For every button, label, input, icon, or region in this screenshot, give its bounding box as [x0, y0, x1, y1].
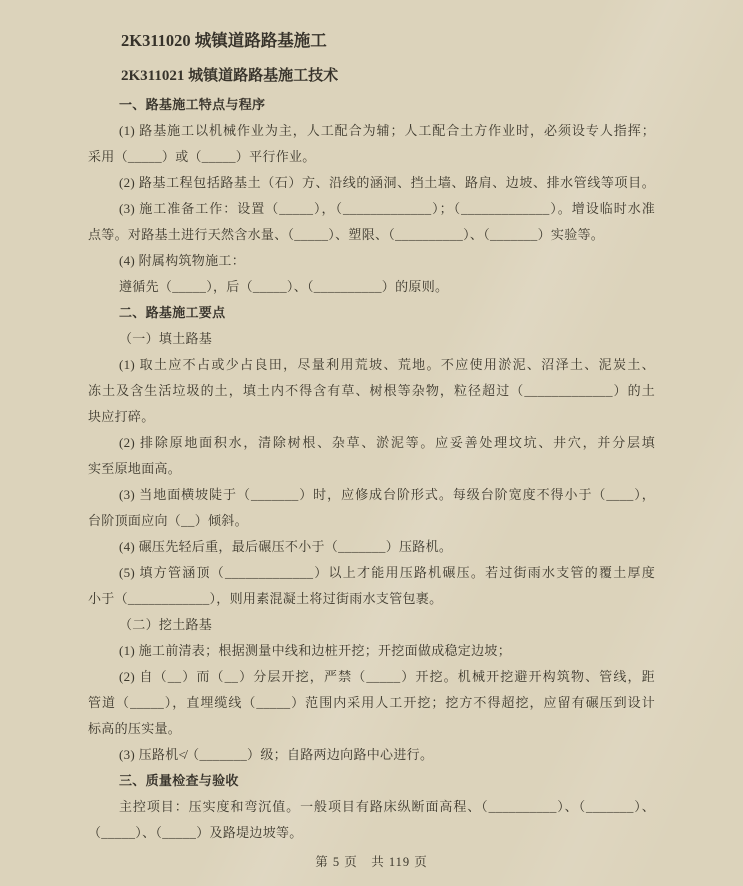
text-line: (2) 排除原地面积水，清除树根、杂草、淤泥等。应妥善处理坟坑、井穴，并分层填 [88, 430, 655, 456]
text-line: 实至原地面高。 [88, 456, 655, 482]
text-line: (3) 当地面横坡陡于（_______）时，应修成台阶形式。每级台阶宽度不得小于… [88, 482, 655, 508]
text-line: 小于（____________），则用素混凝土将过街雨水支管包裹。 [88, 586, 655, 612]
text-line: 主控项目：压实度和弯沉值。一般项目有路床纵断面高程、（__________）、（… [88, 794, 655, 820]
text-line: 台阶顶面应向（__）倾斜。 [88, 508, 655, 534]
doc-title: 2K311020 城镇道路路基施工 [88, 30, 655, 52]
text-line: (4) 碾压先轻后重，最后碾压不小于（_______）压路机。 [88, 534, 655, 560]
text-line: (2) 自（__）而（__）分层开挖，严禁（_____）开挖。机械开挖避开构筑物… [88, 664, 655, 690]
text-line: 管道（_____），直埋缆线（_____）范围内采用人工开挖；挖方不得超挖，应留… [88, 690, 655, 716]
text-line: 遵循先（_____），后（_____）、（__________）的原则。 [88, 274, 655, 300]
text-line: （_____）、（_____）及路堤边坡等。 [88, 820, 655, 846]
section-heading: 一、路基施工特点与程序 [88, 92, 655, 118]
document-lines: 一、路基施工特点与程序(1) 路基施工以机械作业为主，人工配合为辅；人工配合土方… [88, 92, 655, 846]
page-footer: 第 5 页 共 119 页 [0, 852, 743, 870]
text-line: (4) 附属构筑物施工： [88, 248, 655, 274]
section-heading: 二、路基施工要点 [88, 300, 655, 326]
text-line: (1) 取土应不占或少占良田，尽量利用荒坡、荒地。不应使用淤泥、沼泽土、泥炭土、 [88, 352, 655, 378]
text-line: (3) 施工准备工作：设置（_____），（_____________）；（__… [88, 196, 655, 222]
text-line: （二）挖土路基 [88, 612, 655, 638]
text-line: (5) 填方管涵顶（_____________）以上才能用压路机碾压。若过街雨水… [88, 560, 655, 586]
page: 2K311020 城镇道路路基施工 2K311021 城镇道路路基施工技术 一、… [0, 0, 743, 886]
text-line: 采用（_____）或（_____）平行作业。 [88, 144, 655, 170]
text-line: 冻土及含生活垃圾的土，填土内不得含有草、树根等杂物，粒径超过（_________… [88, 378, 655, 404]
text-line: (1) 施工前清表；根据测量中线和边桩开挖；开挖面做成稳定边坡； [88, 638, 655, 664]
document-content: 2K311020 城镇道路路基施工 2K311021 城镇道路路基施工技术 一、… [88, 22, 655, 846]
doc-subtitle: 2K311021 城镇道路路基施工技术 [88, 66, 655, 86]
text-line: （一）填土路基 [88, 326, 655, 352]
text-line: 标高的压实量。 [88, 716, 655, 742]
text-line: (3) 压路机≮（_______）级；自路两边向路中心进行。 [88, 742, 655, 768]
text-line: (2) 路基工程包括路基土（石）方、沿线的涵洞、挡土墙、路肩、边坡、排水管线等项… [88, 170, 655, 196]
text-line: 点等。对路基土进行天然含水量、（_____）、塑限、（__________）、（… [88, 222, 655, 248]
text-line: (1) 路基施工以机械作业为主，人工配合为辅；人工配合土方作业时，必须设专人指挥… [88, 118, 655, 144]
text-line: 块应打碎。 [88, 404, 655, 430]
section-heading: 三、质量检查与验收 [88, 768, 655, 794]
